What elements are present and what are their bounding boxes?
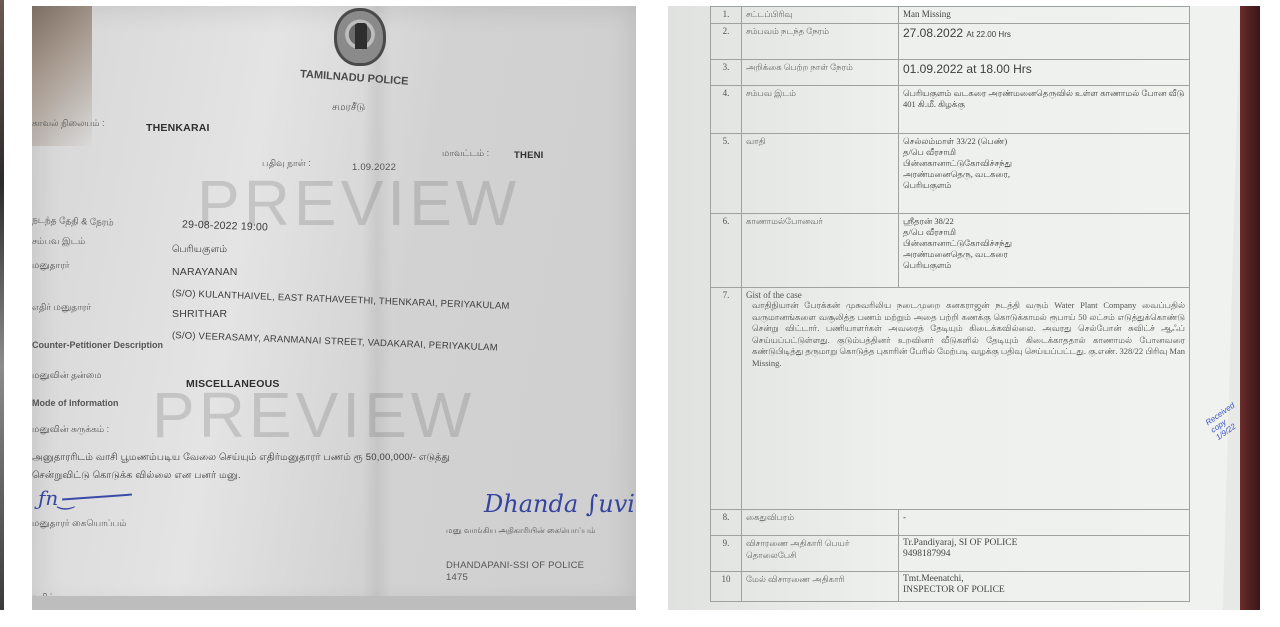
gist-cell: Gist of the case வாதிநியான் பேரக்கன் முச…	[742, 288, 1190, 510]
row-number: 3.	[711, 60, 742, 86]
incident-time: At 22.00 Hrs	[966, 30, 1010, 39]
officer-name: DHANDAPANI-SSI OF POLICE	[446, 560, 584, 571]
row-number: 9.	[711, 536, 742, 572]
officer-number: 1475	[446, 572, 468, 583]
petitioner-label: மனுதாரர்	[32, 260, 70, 272]
district-value: THENI	[514, 150, 544, 161]
row-number: 10	[711, 572, 742, 602]
table-row: 10 மேல் விசாரணை அதிகாரி Tmt.Meenatchi, I…	[711, 572, 1190, 602]
place-label: சம்பவ இடம்	[32, 236, 85, 248]
table-row: 7. Gist of the case வாதிநியான் பேரக்கன் …	[711, 288, 1190, 510]
row-number: 6.	[711, 214, 742, 288]
gist-text: வாதிநியான் பேரக்கன் முசுவரிலிய நடைமுறை க…	[746, 300, 1185, 369]
row-value: 27.08.2022 At 22.00 Hrs	[899, 24, 1190, 60]
officer-signature-label: மனு வாங்கிய அதிகாரியின் கையொப்பம்	[446, 526, 595, 536]
table-row: 6. காணாமல்போனவர் ஸ்ரீதரன் 38/22 த/பெ வீர…	[711, 214, 1190, 288]
preview-watermark-2: PREVIEW	[152, 378, 475, 452]
row-value: 01.09.2022 at 18.00 Hrs	[899, 60, 1190, 86]
paper-fold	[362, 6, 392, 610]
respondent-label: எதிர் மனுதாரர்	[32, 302, 91, 314]
neighbor-image-edge	[0, 0, 4, 610]
row-label: கைதுவிபரம்	[742, 510, 899, 536]
row-number: 8.	[711, 510, 742, 536]
petitioner-name: NARAYANAN	[172, 266, 238, 278]
table-row: 3. அறிக்கை பெற்ற நாள் நேரம் 01.09.2022 a…	[711, 60, 1190, 86]
table-row: 9. விசாரணை அதிகாரி பெயர் தொலைபேசி Tr.Pan…	[711, 536, 1190, 572]
gist-heading: Gist of the case	[746, 290, 1185, 300]
photo-bottom-strip	[32, 596, 636, 610]
incident-datetime-value: 29-08-2022 19:00	[182, 219, 268, 234]
police-station-label: காவல் நிலையம் :	[32, 118, 104, 130]
row-value: Man Missing	[899, 7, 1190, 24]
table-row: 4. சம்பவ இடம் பெரியகுளம் வடகரை அரண்மனைதெ…	[711, 86, 1190, 134]
row-number: 1.	[711, 7, 742, 24]
fir-details-table: 1. சட்டப்பிரிவு Man Missing 2. சம்பவம் ந…	[710, 6, 1190, 602]
row-label: சம்பவம் நடந்த நேரம்	[742, 24, 899, 60]
summary-label: மனுவின் சுருக்கம் :	[32, 424, 109, 436]
district-label: மாவட்டம் :	[442, 148, 489, 160]
summary-text: அனுதாரரிடம் வாசி பூமணம்படிய வேலை செய்யும…	[32, 452, 450, 464]
table-row: 8. கைதுவிபரம் -	[711, 510, 1190, 536]
tamilnadu-police-emblem-icon	[334, 8, 386, 66]
respondent-name: SHRITHAR	[172, 308, 227, 320]
police-station-value: THENKARAI	[146, 122, 210, 134]
row-number: 7.	[711, 288, 742, 510]
row-label: வாதி	[742, 134, 899, 214]
row-number: 5.	[711, 134, 742, 214]
row-value: ஸ்ரீதரன் 38/22 த/பெ வீரசாமி பின்னகானாட்ட…	[899, 214, 1190, 288]
petition-type-label: மனுவின் தன்மை	[32, 370, 102, 382]
incident-date: 27.08.2022	[903, 26, 963, 40]
summary-text-2: சென்றுவிட்டு கொடுக்க வில்லை என பனர் மனு.	[32, 470, 241, 482]
row-label: விசாரணை அதிகாரி பெயர் தொலைபேசி	[742, 536, 899, 572]
petition-receipt-photo: TAMILNADU POLICE சமரசீடு காவல் நிலையம் :…	[32, 6, 636, 610]
row-label: காணாமல்போனவர்	[742, 214, 899, 288]
mode-of-information-label: Mode of Information	[32, 398, 119, 408]
document-subtitle: சமரசீடு	[332, 102, 365, 114]
respondent-address: (S/O) VEERASAMY, ARANMANAI STREET, VADAK…	[172, 330, 498, 354]
desk-edge	[1240, 6, 1260, 610]
table-row: 5. வாதி செல்லம்மாள் 33/22 (பெண்) த/பெ வீ…	[711, 134, 1190, 214]
row-label: மேல் விசாரணை அதிகாரி	[742, 572, 899, 602]
petitioner-signature-label: மனுதாரர் கையொப்பம்	[32, 518, 126, 530]
table-row: 1. சட்டப்பிரிவு Man Missing	[711, 7, 1190, 24]
place-value: பெரியகுளம்	[172, 244, 227, 256]
row-value: Tr.Pandiyaraj, SI OF POLICE 9498187994	[899, 536, 1190, 572]
row-value: Tmt.Meenatchi, INSPECTOR OF POLICE	[899, 572, 1190, 602]
row-number: 2.	[711, 24, 742, 60]
row-value: பெரியகுளம் வடகரை அரண்மனைதெருவில் உள்ள கா…	[899, 86, 1190, 134]
fir-details-photo: 1. சட்டப்பிரிவு Man Missing 2. சம்பவம் ந…	[668, 6, 1260, 610]
incident-datetime-label: நடந்த தேதி & நேரம்	[32, 215, 114, 230]
officer-signature: Dhanda ∫uvi	[484, 490, 635, 518]
row-label: அறிக்கை பெற்ற நாள் நேரம்	[742, 60, 899, 86]
organization-title: TAMILNADU POLICE	[300, 68, 409, 88]
row-value: செல்லம்மாள் 33/22 (பெண்) த/பெ வீரசாமி பி…	[899, 134, 1190, 214]
row-value: -	[899, 510, 1190, 536]
table-row: 2. சம்பவம் நடந்த நேரம் 27.08.2022 At 22.…	[711, 24, 1190, 60]
counter-petitioner-label: Counter-Petitioner Description	[32, 340, 163, 350]
row-label: சம்பவ இடம்	[742, 86, 899, 134]
row-label: சட்டப்பிரிவு	[742, 7, 899, 24]
row-number: 4.	[711, 86, 742, 134]
